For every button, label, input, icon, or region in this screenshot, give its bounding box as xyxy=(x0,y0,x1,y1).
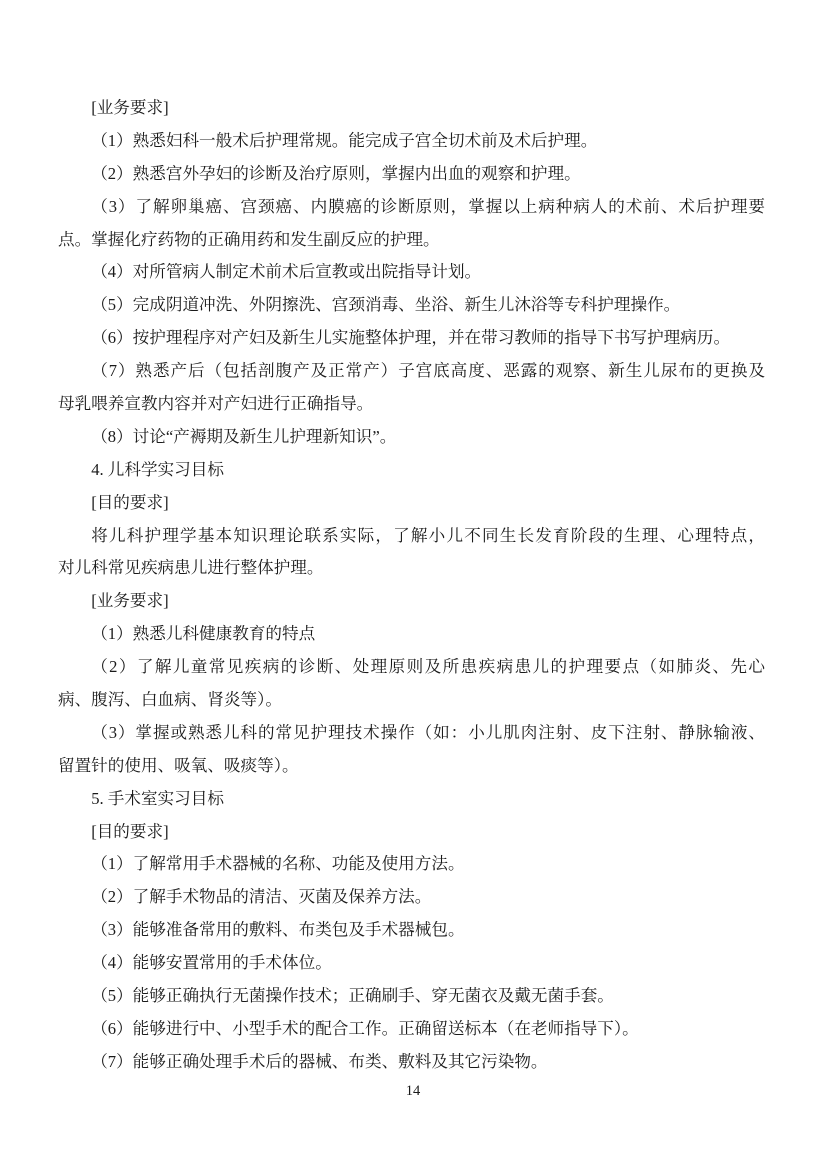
list-item-line: （7）熟悉产后（包括剖腹产及正常产）子宫底高度、恶露的观察、新生儿尿布的更换及 xyxy=(58,355,765,388)
list-item-line: （3）掌握或熟悉儿科的常见护理技术操作（如：小儿肌肉注射、皮下注射、静脉输液、 xyxy=(58,717,765,750)
body-text-line: 点。掌握化疗药物的正确用药和发生副反应的护理。 xyxy=(58,224,765,257)
bracket-heading: [业务要求] xyxy=(58,585,765,618)
list-item-line: （1）了解常用手术器械的名称、功能及使用方法。 xyxy=(58,848,765,881)
list-item-line: （2）了解儿童常见疾病的诊断、处理原则及所患疾病患儿的护理要点（如肺炎、先心 xyxy=(58,651,765,684)
list-item-line: （2）了解手术物品的清洁、灭菌及保养方法。 xyxy=(58,881,765,914)
list-item-line: （4）对所管病人制定术前术后宣教或出院指导计划。 xyxy=(58,256,765,289)
numbered-section-title: 5. 手术室实习目标 xyxy=(58,783,765,816)
list-item-line: （3）了解卵巢癌、宫颈癌、内膜癌的诊断原则，掌握以上病种病人的术前、术后护理要 xyxy=(58,191,765,224)
list-item-line: （5）能够正确执行无菌操作技术；正确刷手、穿无菌衣及戴无菌手套。 xyxy=(58,980,765,1013)
list-item-line: （6）按护理程序对产妇及新生儿实施整体护理，并在带习教师的指导下书写护理病历。 xyxy=(58,322,765,355)
list-item-line: （6）能够进行中、小型手术的配合工作。正确留送标本（在老师指导下）。 xyxy=(58,1013,765,1046)
bracket-heading: [目的要求] xyxy=(58,487,765,520)
body-text-line: 留置针的使用、吸氧、吸痰等）。 xyxy=(58,750,765,783)
numbered-section-title: 4. 儿科学实习目标 xyxy=(58,454,765,487)
list-item-line: （5）完成阴道冲洗、外阴擦洗、宫颈消毒、坐浴、新生儿沐浴等专科护理操作。 xyxy=(58,289,765,322)
body-text-line: 对儿科常见疾病患儿进行整体护理。 xyxy=(58,552,765,585)
bracket-heading: [业务要求] xyxy=(58,92,765,125)
body-text-line: 将儿科护理学基本知识理论联系实际，了解小儿不同生长发育阶段的生理、心理特点， xyxy=(58,520,765,553)
list-item-line: （1）熟悉儿科健康教育的特点 xyxy=(58,618,765,651)
body-text-line: 病、腹泻、白血病、肾炎等）。 xyxy=(58,684,765,717)
bracket-heading: [目的要求] xyxy=(58,816,765,849)
list-item-line: （4）能够安置常用的手术体位。 xyxy=(58,947,765,980)
list-item-line: （2）熟悉宫外孕妇的诊断及治疗原则，掌握内出血的观察和护理。 xyxy=(58,158,765,191)
document-page: [业务要求]（1）熟悉妇科一般术后护理常规。能完成子宫全切术前及术后护理。（2）… xyxy=(0,0,826,1169)
list-item-line: （8）讨论“产褥期及新生儿护理新知识”。 xyxy=(58,421,765,454)
list-item-line: （7）能够正确处理手术后的器械、布类、敷料及其它污染物。 xyxy=(58,1046,765,1079)
list-item-line: （1）熟悉妇科一般术后护理常规。能完成子宫全切术前及术后护理。 xyxy=(58,125,765,158)
document-content: [业务要求]（1）熟悉妇科一般术后护理常规。能完成子宫全切术前及术后护理。（2）… xyxy=(58,92,765,1079)
body-text-line: 母乳喂养宣教内容并对产妇进行正确指导。 xyxy=(58,388,765,421)
list-item-line: （3）能够准备常用的敷料、布类包及手术器械包。 xyxy=(58,914,765,947)
page-number: 14 xyxy=(0,1082,826,1100)
